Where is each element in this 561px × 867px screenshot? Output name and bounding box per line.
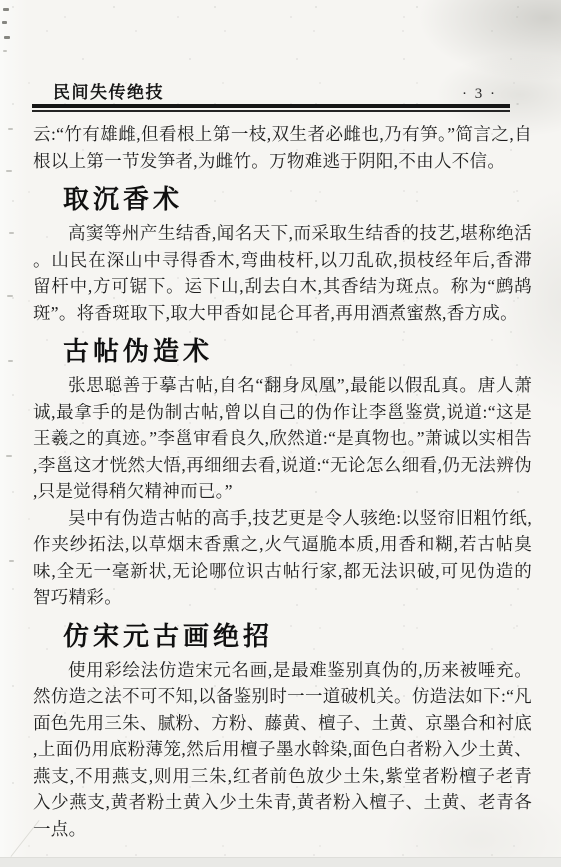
running-title: 民间失传绝技 xyxy=(33,78,164,103)
section-heading-gu-tie-wei-zao-shu: 古帖伪造术 xyxy=(33,336,532,366)
section-paragraph: 高窦等州产生结香,闻名天下,而采取生结香的技艺,堪称绝活。山民在深山中寻得香木,… xyxy=(33,220,532,326)
scan-bottom-edge xyxy=(0,857,561,867)
section-paragraph: 吴中有伪造古帖的高手,技艺更是令人骇绝:以竖帘旧粗竹纸,作夹纱拓法,以草烟末香熏… xyxy=(33,505,532,611)
page-header: 民间失传绝技 · 3 · xyxy=(33,78,525,103)
header-double-rule xyxy=(32,104,510,112)
scan-speck xyxy=(9,560,14,562)
scan-speck xyxy=(2,21,7,24)
section-heading-fang-song-yuan-gu-hua: 仿宋元古画绝招 xyxy=(33,621,532,651)
page-body: 云:“竹有雄雌,但看根上第一枝,双生者必雌也,乃有笋。”简言之,自根以上第一节发… xyxy=(33,121,532,842)
scanned-book-page: 民间失传绝技 · 3 · 云:“竹有雄雌,但看根上第一枝,双生者必雌也,乃有笋。… xyxy=(0,0,561,867)
scan-speck xyxy=(3,50,7,52)
scan-speck xyxy=(4,36,10,39)
scan-speck xyxy=(8,360,13,362)
section-paragraph: 使用彩绘法仿造宋元名画,是最难鉴别真伪的,历来被唾充。然仿造之法不可不知,以备鉴… xyxy=(33,657,532,843)
scan-speck xyxy=(6,455,12,457)
section-heading-qu-chen-xiang-shu: 取沉香术 xyxy=(33,184,532,214)
scan-speck xyxy=(9,232,14,234)
section-paragraph: 张思聪善于摹古帖,自名“翻身凤凰”,最能以假乱真。唐人萧诚,最拿手的是伪制古帖,… xyxy=(33,372,532,505)
scan-speck xyxy=(7,295,13,297)
continuation-paragraph: 云:“竹有雄雌,但看根上第一枝,双生者必雌也,乃有笋。”简言之,自根以上第一节发… xyxy=(33,121,532,174)
page-number: · 3 · xyxy=(462,86,525,103)
scan-speck xyxy=(8,128,13,130)
scan-speck xyxy=(3,8,9,11)
scan-speck xyxy=(6,170,12,172)
